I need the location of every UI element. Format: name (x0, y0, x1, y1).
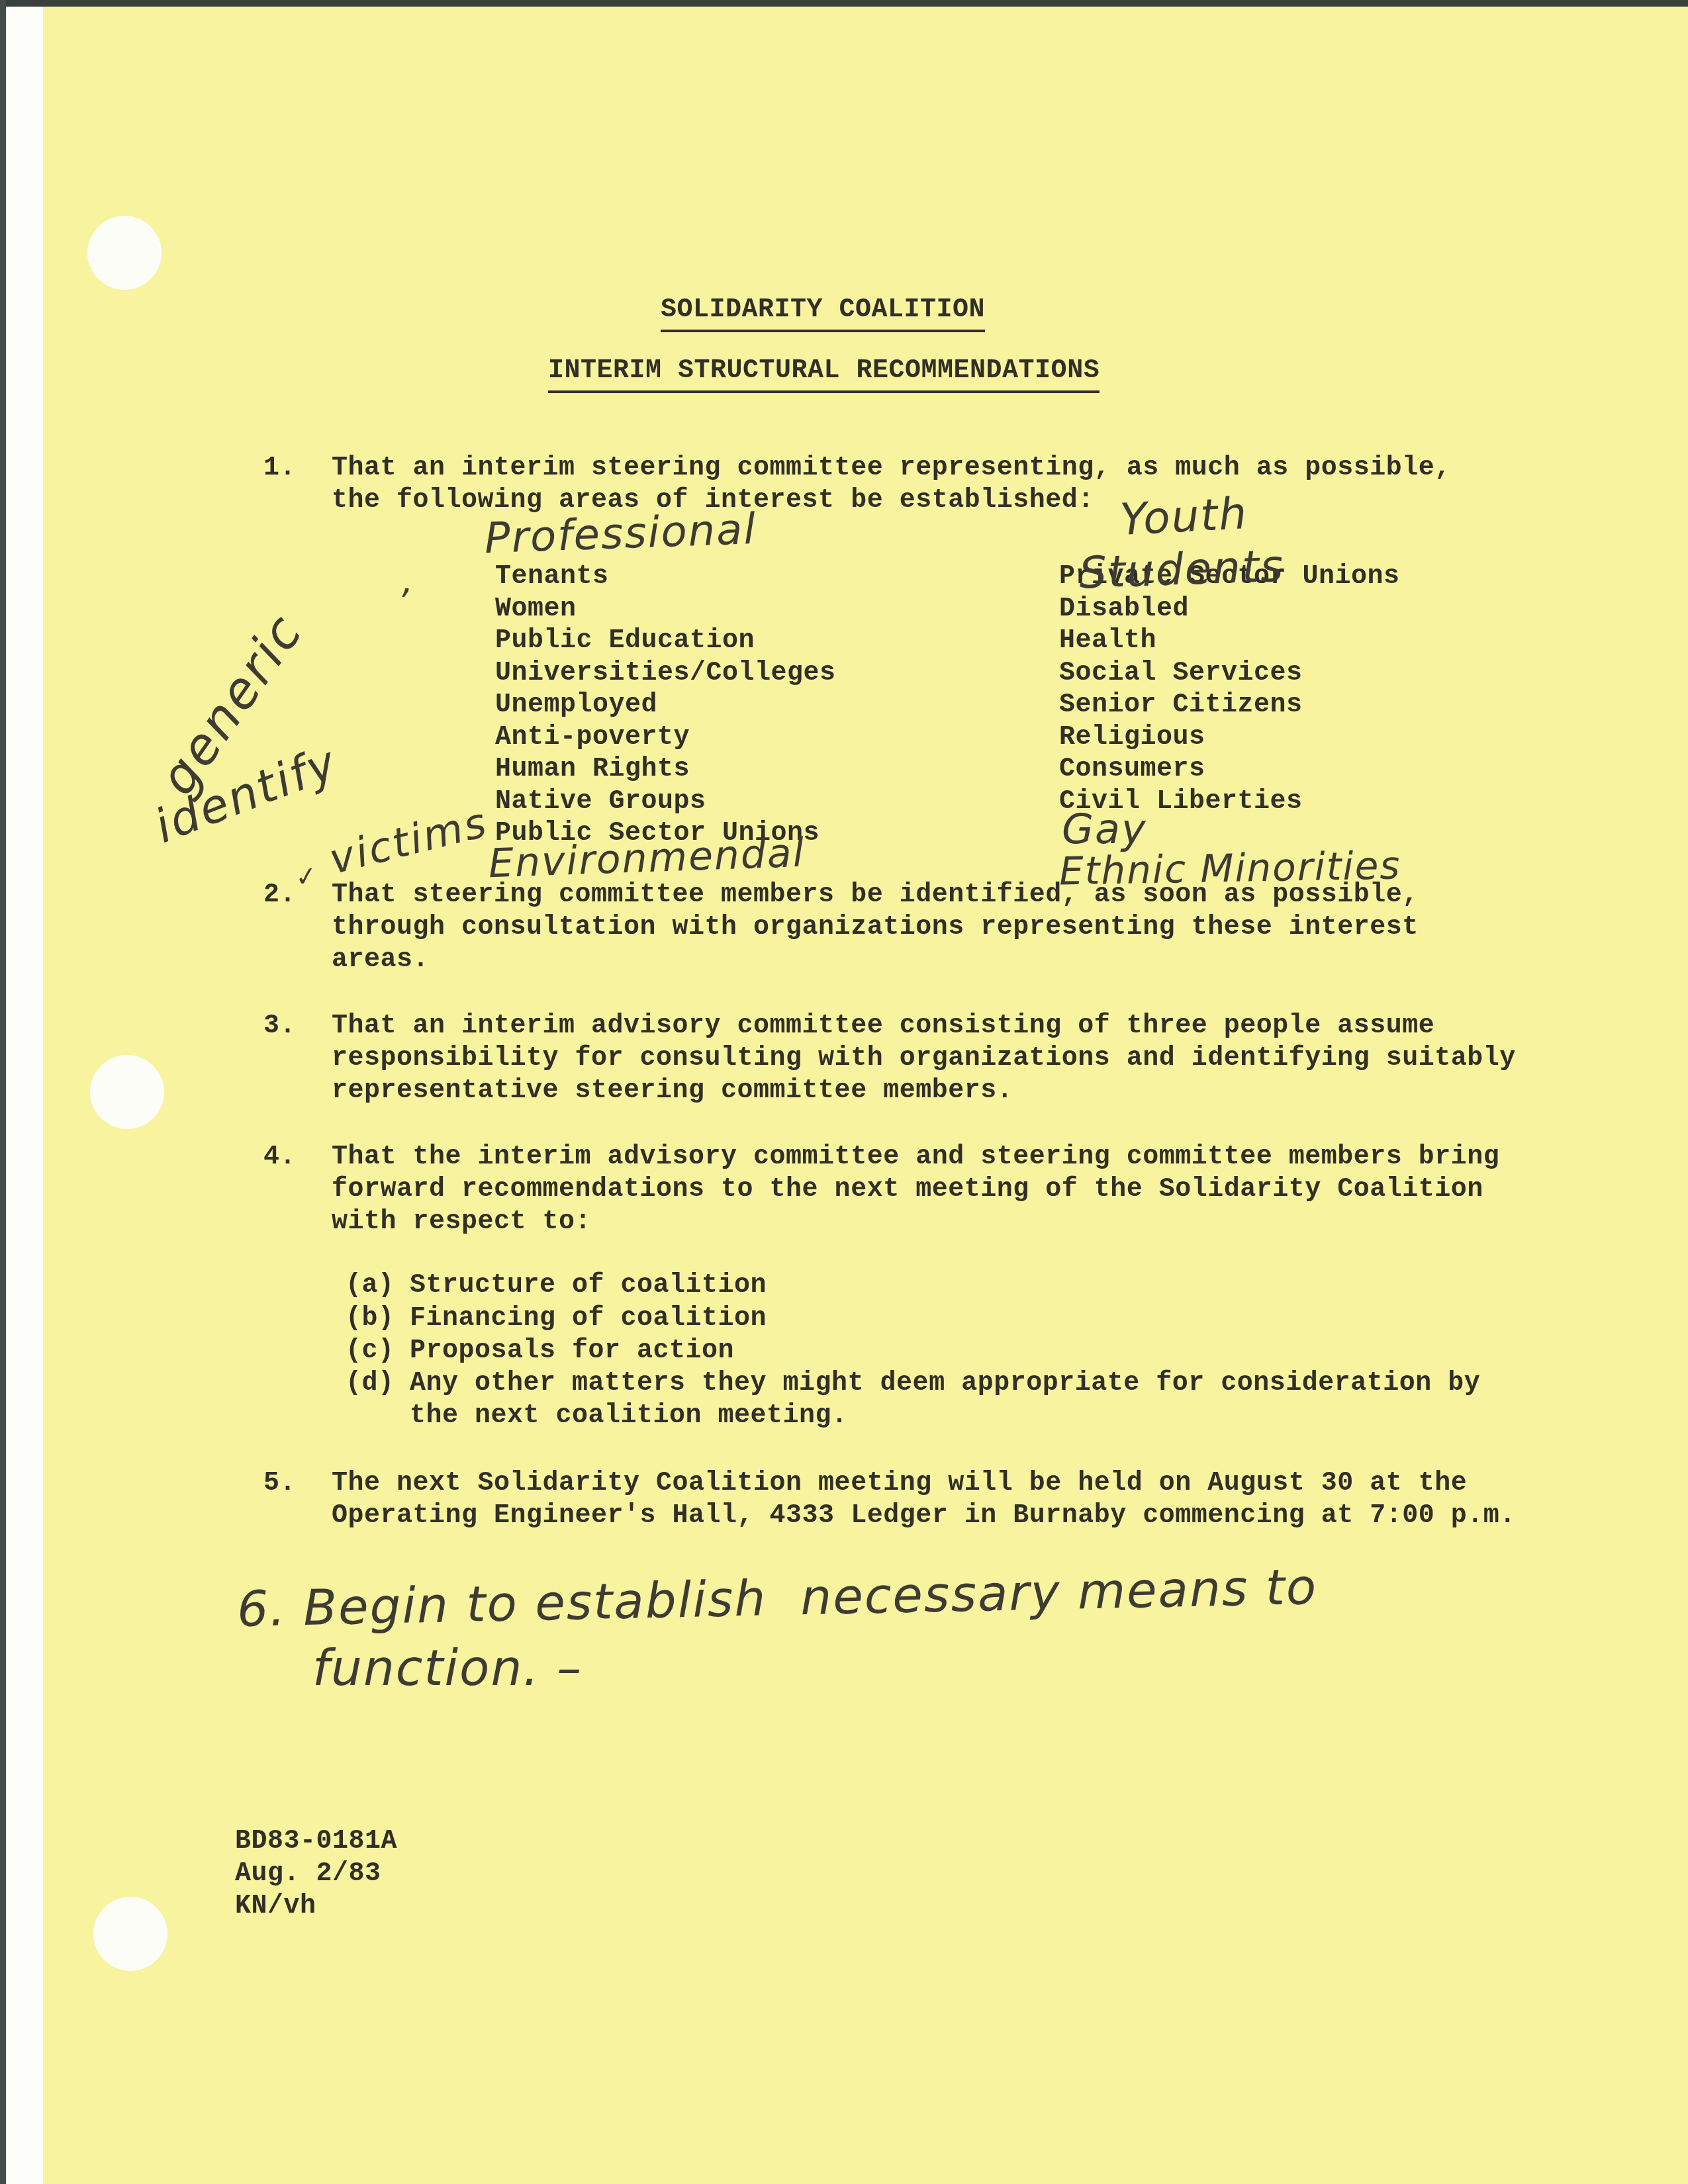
handwritten-ethnic-minorities: Ethnic Minorities (1058, 842, 1401, 893)
sublist-a-label: (a) (346, 1269, 395, 1302)
tick-mark-after-item-2: ✓ (293, 860, 320, 893)
item-3-text: That an interim advisory committee consi… (332, 1010, 1589, 1107)
punch-hole-top (87, 216, 162, 290)
footer-reference: BD83-0181A Aug. 2/83 KN/vh (235, 1825, 397, 1923)
sublist-a-text: Structure of coalition (410, 1269, 1667, 1302)
scan-left-edge (0, 0, 6, 2184)
item-4-text: That the interim advisory committee and … (332, 1141, 1589, 1238)
item-1-number: 1. (263, 452, 296, 484)
handwritten-students: Students (1078, 541, 1286, 599)
item-2-text: That steering committee members be ident… (332, 879, 1589, 976)
sublist-c-text: Proposals for action (410, 1335, 1667, 1367)
item-3-number: 3. (263, 1010, 296, 1042)
item-2-number: 2. (263, 879, 296, 911)
interest-list-right: Private Sector Unions Disabled Health So… (1059, 561, 1400, 818)
stray-apostrophe-mark: ’ (397, 581, 408, 623)
handwritten-item-6-line-2: function. – (312, 1640, 583, 1697)
scanner-background-strip (6, 7, 43, 2184)
item-1-text: That an interim steering committee repre… (332, 452, 1589, 517)
item-5-number: 5. (263, 1467, 296, 1500)
handwritten-gay: Gay (1062, 805, 1147, 853)
sublist-b-text: Financing of coalition (410, 1302, 1667, 1335)
scan-top-edge (0, 0, 1688, 7)
sublist-d-label: (d) (346, 1367, 395, 1400)
sublist-d-text: Any other matters they might deem approp… (410, 1367, 1667, 1432)
sublist-c-label: (c) (346, 1335, 395, 1367)
item-5-text: The next Solidarity Coalition meeting wi… (332, 1467, 1589, 1532)
handwritten-professional: Professional (484, 505, 757, 563)
sublist-b-label: (b) (346, 1302, 395, 1335)
punch-hole-middle (90, 1055, 164, 1129)
punch-hole-bottom (93, 1897, 167, 1971)
scanned-memo-page: SOLIDARITY COALITION INTERIM STRUCTURAL … (0, 0, 1688, 2184)
page-subtitle: INTERIM STRUCTURAL RECOMMENDATIONS (548, 355, 1100, 393)
item-4-number: 4. (263, 1141, 296, 1173)
interest-list-left: Tenants Women Public Education Universit… (495, 561, 836, 850)
handwritten-youth: Youth (1119, 488, 1249, 545)
page-title: SOLIDARITY COALITION (661, 294, 985, 332)
